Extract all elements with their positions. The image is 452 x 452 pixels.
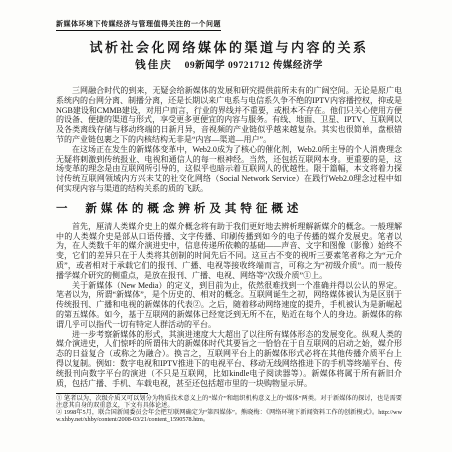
body-paragraph: 三网融合时代的到来，无疑会给新媒体的发展和研究提供前所未有的广阔空间。无论是原广…	[56, 86, 402, 145]
section-number: 一	[56, 203, 68, 215]
body-paragraph: 在这场正在发生的新媒体变革中，Web2.0成为了核心的催化剂，Web2.0所主导…	[56, 145, 402, 194]
running-header: 新媒体环境下传媒经济与管理值得关注的一个问题	[56, 20, 221, 31]
body-paragraph: 进一步考察新媒体的形式，其演进速度大大超出了以往所有媒体形态的发展变化。纵观人类…	[56, 330, 402, 389]
section-title: 新媒体的概念辨析及其特征概述	[85, 203, 302, 215]
body-paragraph: 关于新媒体（New Media）的定义，到目前为止，依然很难找到一个准确并得以公…	[56, 281, 402, 330]
byline: 钱佳庆 09新闻学 09721712 传媒经济学	[56, 58, 402, 72]
document-page: 新媒体环境下传媒经济与管理值得关注的一个问题 试析社会化网络媒体的渠道与内容的关…	[0, 0, 452, 452]
footnote: ② 1998年5月，联合国新闻委员会年会把互联网确定为“第四媒体”。熊晓梅：《网…	[56, 410, 402, 424]
section-heading: 一 新媒体的概念辨析及其特征概述	[56, 202, 402, 216]
body-paragraph: 首先，厘清人类媒介史上的媒介概念将有助于我们更好地去辨析理解新媒介的概念。一般理…	[56, 222, 402, 281]
author-name: 钱佳庆	[135, 60, 173, 71]
page-title: 试析社会化网络媒体的渠道与内容的关系	[56, 40, 402, 55]
author-info: 09新闻学 09721712 传媒经济学	[185, 61, 323, 71]
running-header-row: 新媒体环境下传媒经济与管理值得关注的一个问题	[56, 13, 402, 31]
